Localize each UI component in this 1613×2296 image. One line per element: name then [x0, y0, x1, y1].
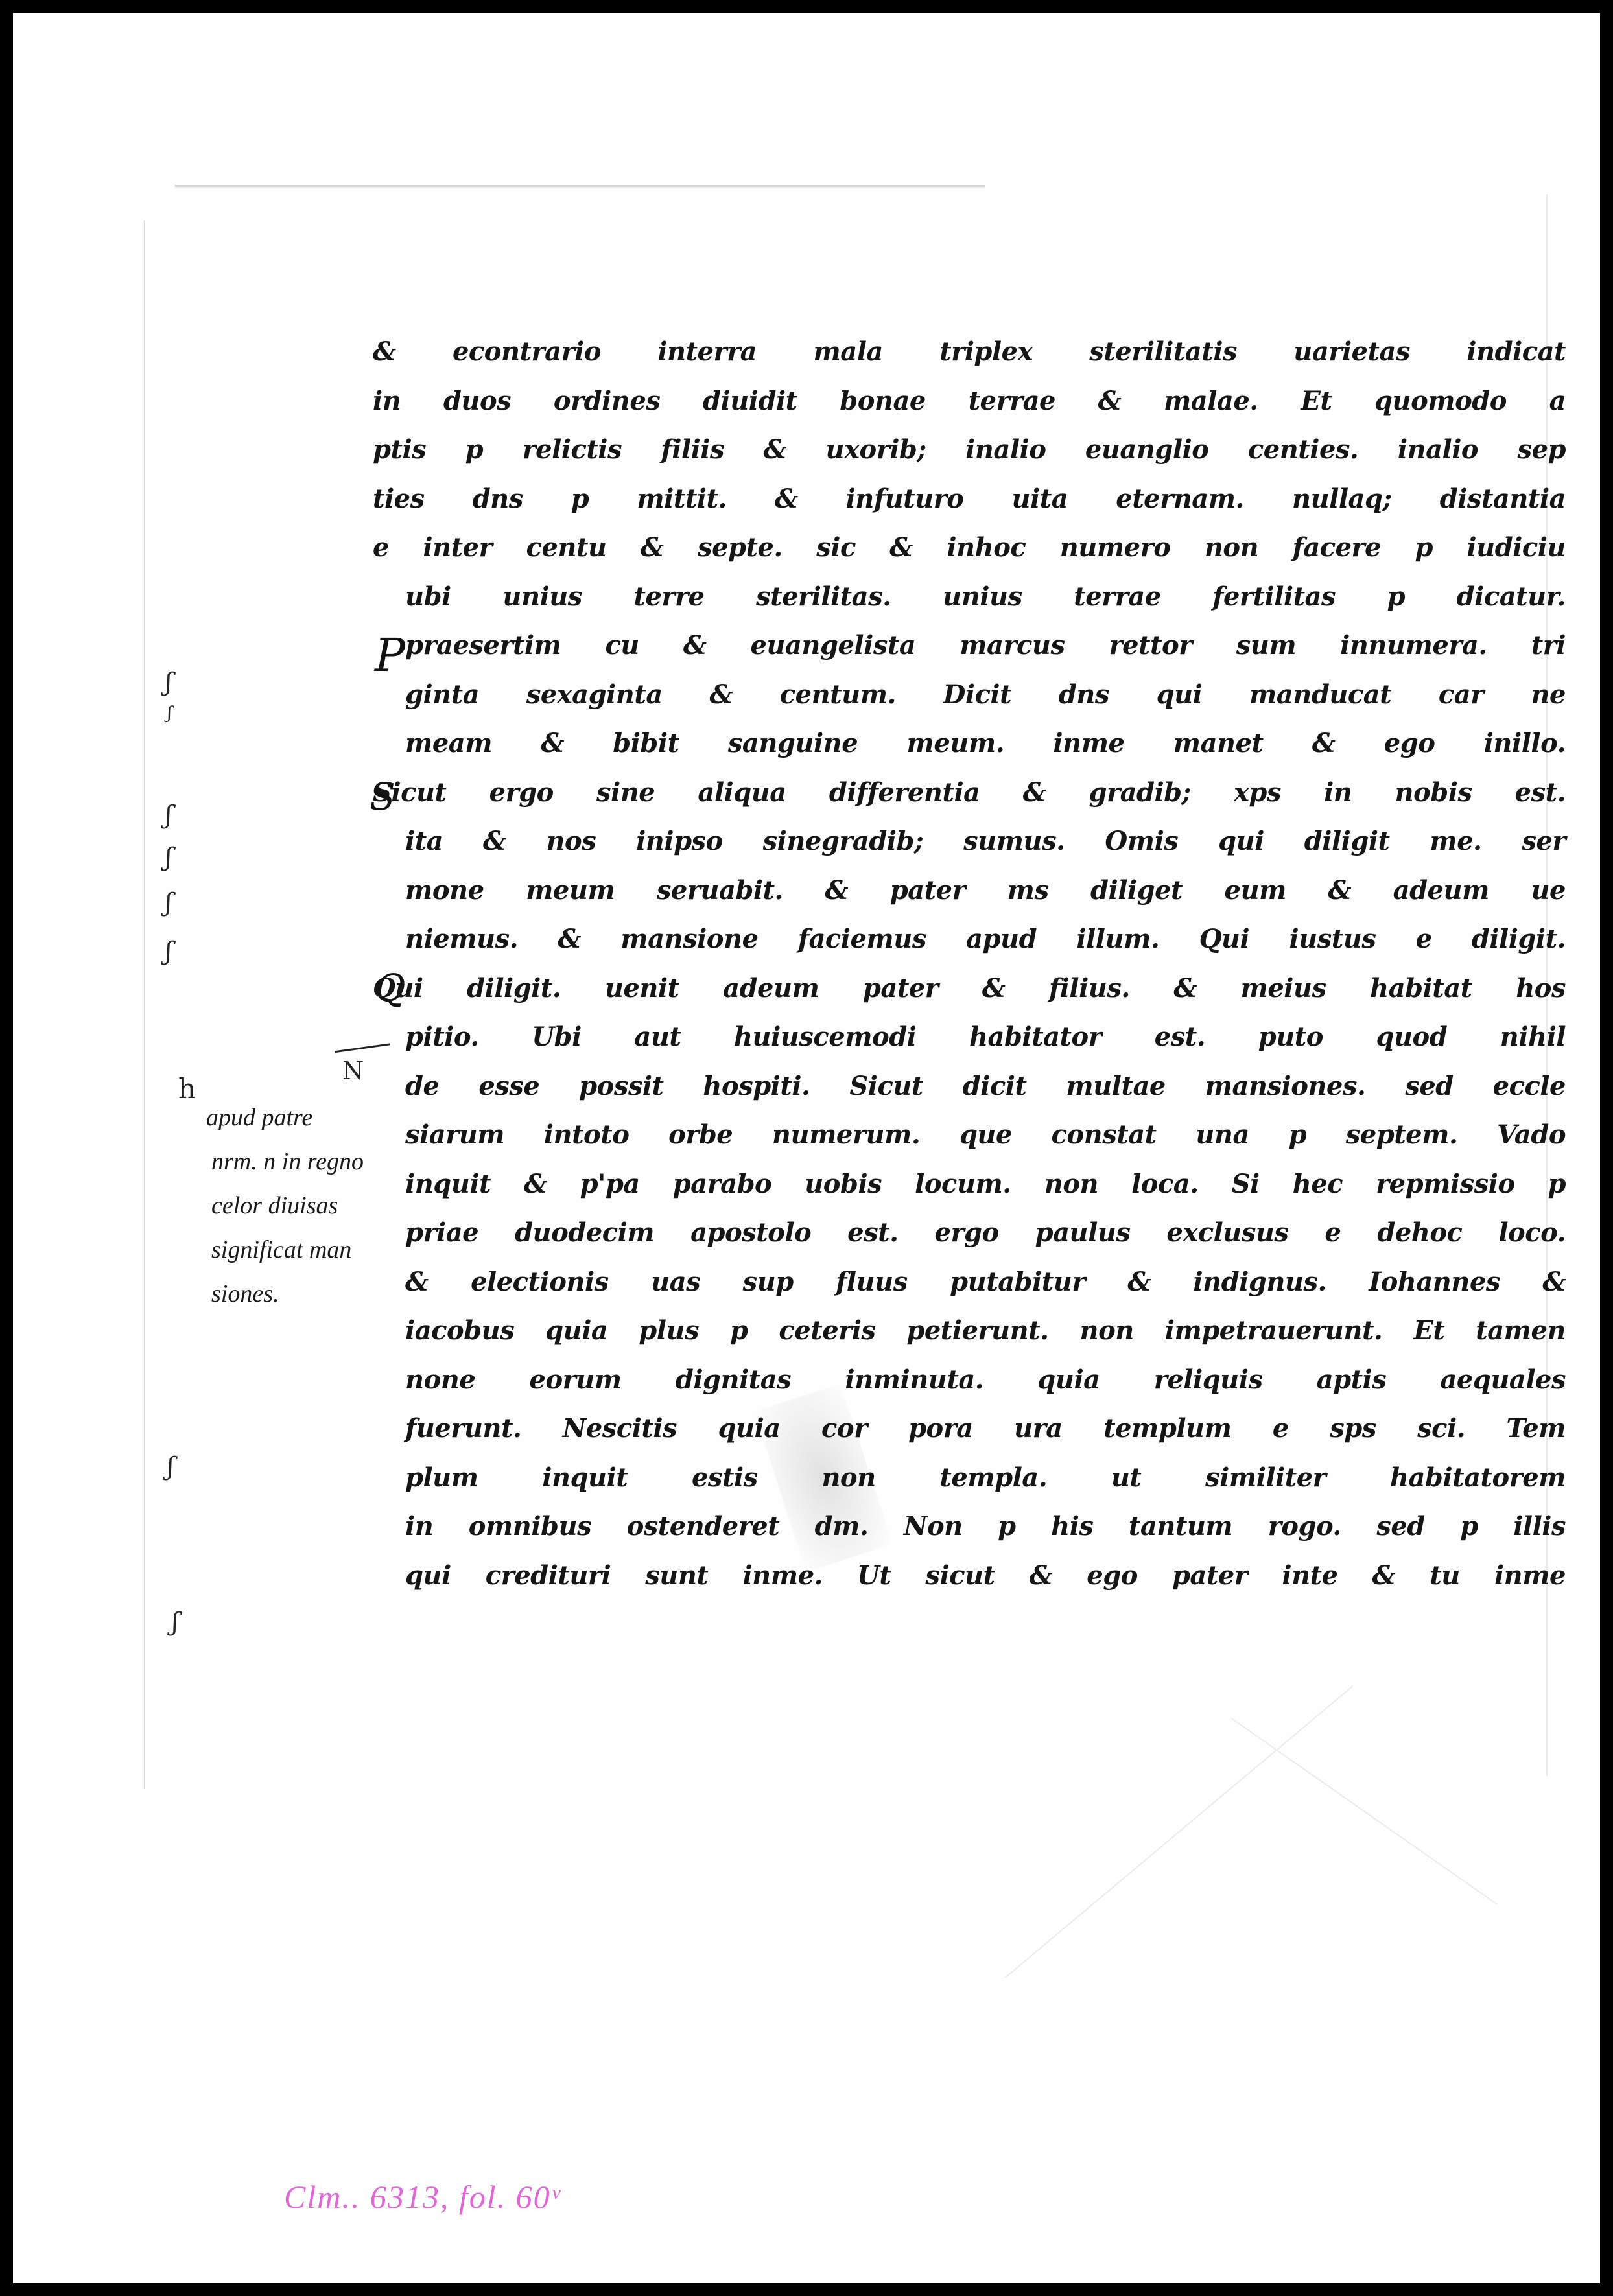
gloss-line: celor diuisas — [211, 1184, 420, 1228]
gloss-line: nrm. n in regno — [211, 1140, 420, 1184]
gloss-line: apud patre — [206, 1095, 420, 1140]
library-shelfmark: Clm.. 6313, fol. 60ᵛ — [284, 2178, 561, 2216]
text-line: praesertim cu & euangelista marcus retto… — [405, 621, 1566, 670]
text-line: priae duodecim apostolo est. ergo paulus… — [405, 1208, 1566, 1258]
text-line: iacobus quia plus p ceteris petierunt. n… — [405, 1306, 1566, 1355]
margin-quote-mark-icon: ʃ — [167, 1452, 174, 1481]
text-line: ties dns p mittit. & infuturo uita etern… — [373, 474, 1566, 524]
folio-top-edge — [175, 185, 985, 189]
gloss-line: significat man — [211, 1228, 420, 1272]
text-line: none eorum dignitas inminuta. quia reliq… — [405, 1355, 1566, 1405]
text-line: in omnibus ostenderet dm. Non p his tant… — [405, 1502, 1566, 1551]
text-line: fuerunt. Nescitis quia cor pora ura temp… — [405, 1404, 1566, 1453]
text-line: siarum intoto orbe numerum. que constat … — [405, 1110, 1566, 1160]
margin-quote-mark-icon: ʃ — [165, 888, 172, 917]
margin-quote-mark-icon: ʃ — [165, 668, 172, 696]
text-line: qui credituri sunt inme. Ut sicut & ego … — [405, 1551, 1566, 1600]
text-line: mone meum seruabit. & pater ms diliget e… — [405, 866, 1566, 915]
margin-quote-mark-icon: ʃ — [165, 801, 172, 829]
text-line: in duos ordines diuidit bonae terrae & m… — [373, 377, 1566, 426]
margin-quote-mark-icon: ʃ — [165, 843, 172, 871]
text-line: ptis p relictis filiis & uxorib; inalio … — [373, 425, 1566, 474]
text-line: plum inquit estis non templa. ut similit… — [405, 1453, 1566, 1503]
main-text-block: & econtrario interra mala triplex steril… — [373, 327, 1566, 1600]
margin-quote-mark-icon: ʃ — [167, 703, 172, 723]
gloss-reference-bracket-icon — [335, 1043, 395, 1091]
text-line: ginta sexaginta & centum. Dicit dns qui … — [405, 670, 1566, 720]
text-line: inquit & p'pa parabo uobis locum. non lo… — [405, 1160, 1566, 1209]
gloss-line: siones. — [211, 1272, 420, 1316]
text-line: niemus. & mansione faciemus apud illum. … — [405, 915, 1566, 964]
marginal-gloss: apud patre nrm. n in regno celor diuisas… — [206, 1095, 420, 1316]
text-line: ita & nos inipso sinegradib; sumus. Omis… — [405, 817, 1566, 866]
text-line: & econtrario interra mala triplex steril… — [373, 327, 1566, 377]
text-line: Qui diligit. uenit adeum pater & filius.… — [373, 964, 1566, 1013]
text-line: e inter centu & septe. sic & inhoc numer… — [373, 523, 1566, 572]
gloss-siglum-h: h — [178, 1073, 196, 1105]
margin-quote-mark-icon: ʃ — [165, 937, 172, 965]
text-line: ubi unius terre sterilitas. unius terrae… — [405, 572, 1566, 622]
margin-quote-mark-icon: ʃ — [172, 1608, 178, 1636]
text-line: meam & bibit sanguine meum. inme manet &… — [405, 719, 1566, 768]
folio-left-edge — [144, 220, 145, 1789]
text-line: pitio. Ubi aut huiuscemodi habitator est… — [405, 1013, 1566, 1062]
text-line: de esse possit hospiti. Sicut dicit mult… — [405, 1062, 1566, 1111]
text-line: & electionis uas sup fluus putabitur & i… — [405, 1258, 1566, 1307]
text-line: Sicut ergo sine aliqua differentia & gra… — [373, 768, 1566, 817]
